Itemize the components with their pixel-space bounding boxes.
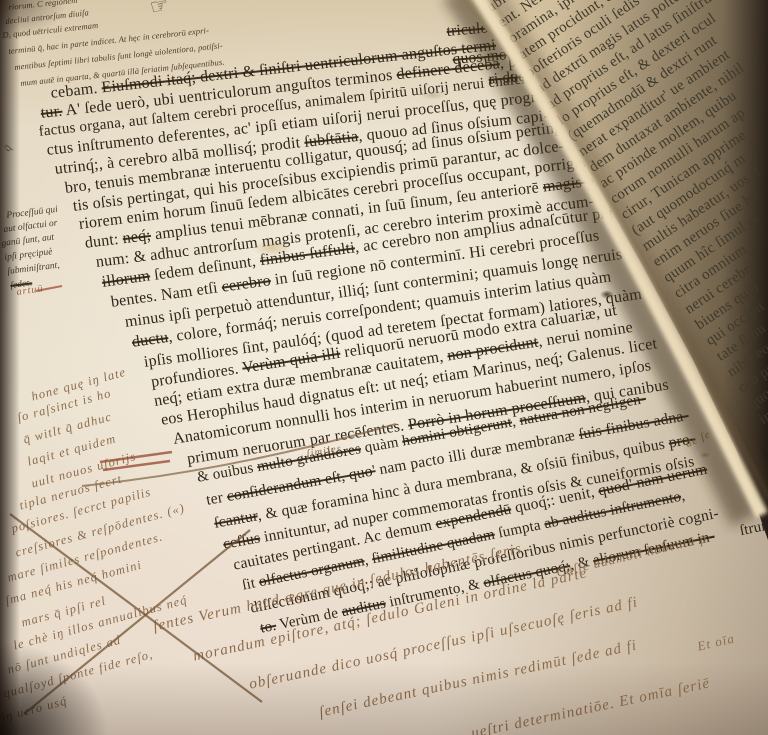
ink-blot [700,452,710,458]
handwritten-insertion: q̄ [2,142,15,153]
handwritten-line: ueſtri determinatiōe. Et omīa ſeriē [470,676,712,735]
manicule-icon: ☞ [148,0,171,20]
book-photo: ☞ riorum. C regionemdecliui antrorſum di… [0,0,768,735]
handwritten-insertion: artuū [16,284,44,298]
handwritten-line: Et oīa [696,631,736,652]
margin-note-line: ſubminiſtrant, [7,262,60,278]
